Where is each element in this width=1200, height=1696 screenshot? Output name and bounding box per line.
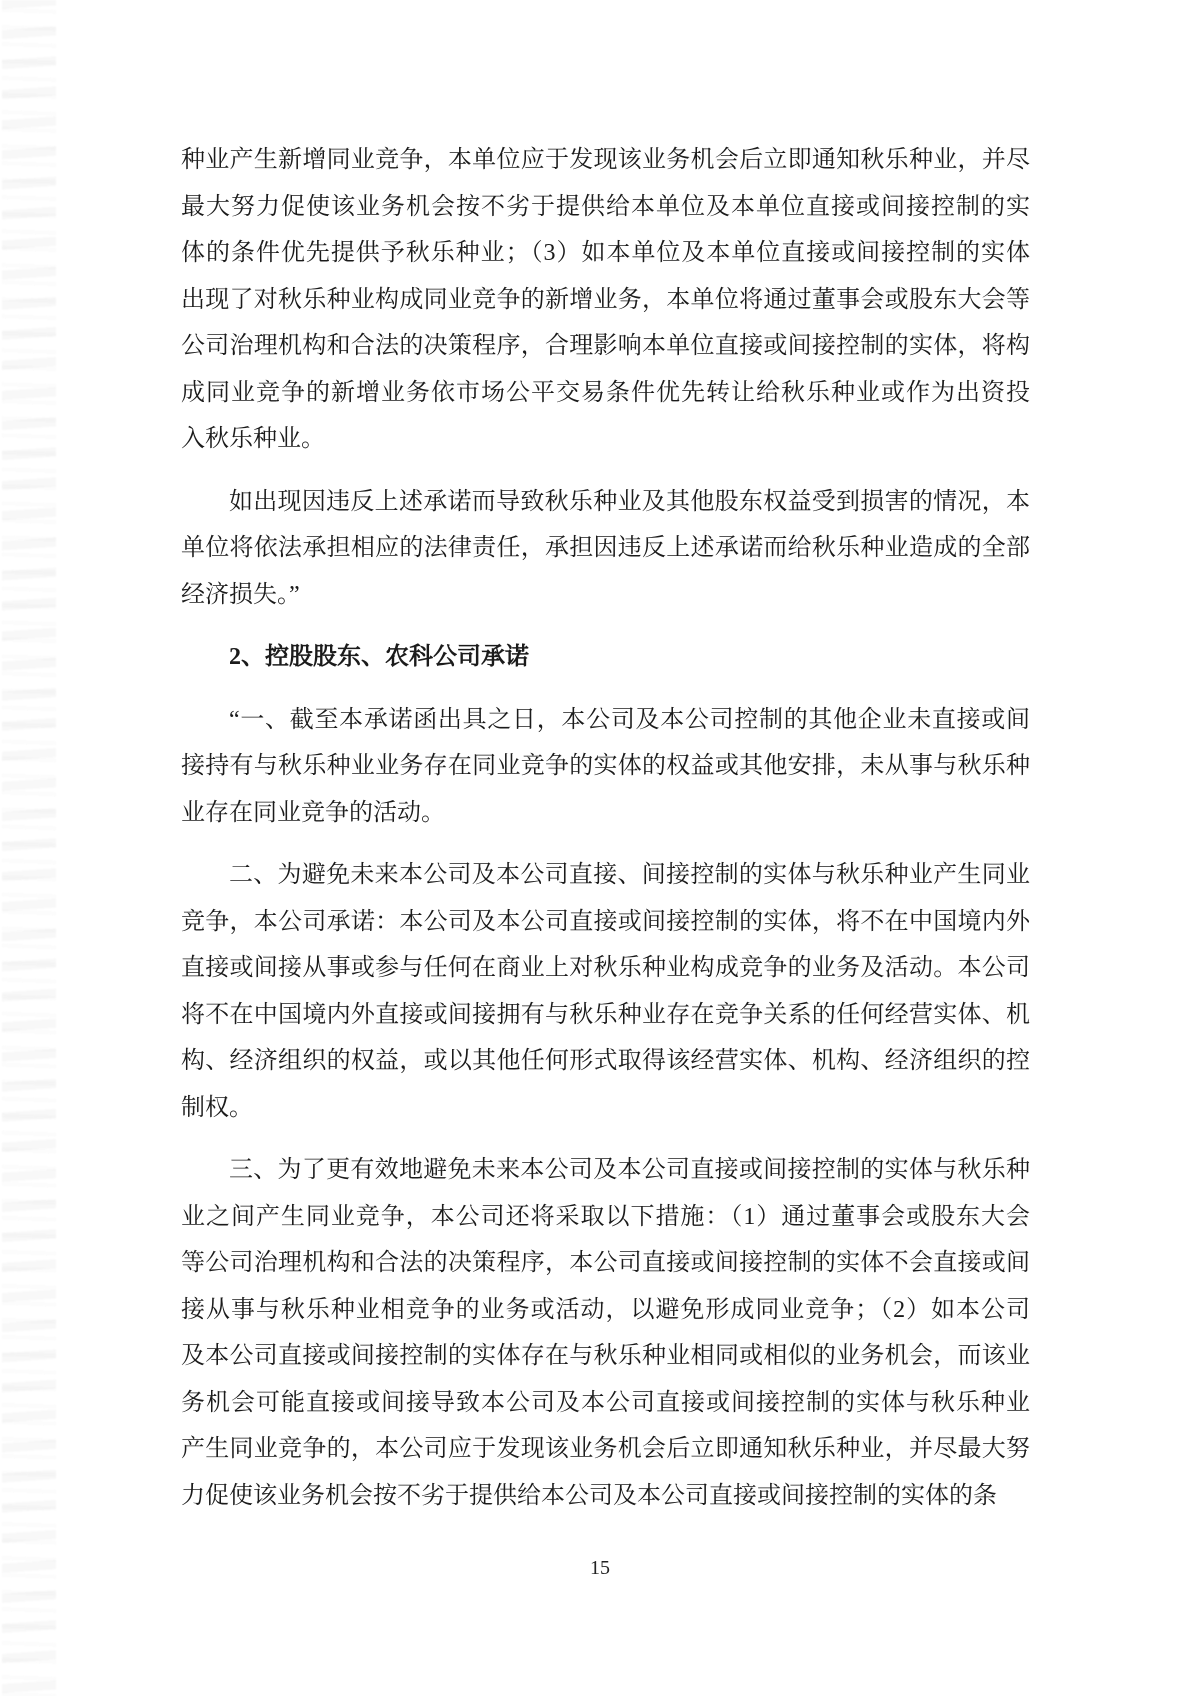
- text-line: “一、截至本承诺函出具之日，本公司及本公司控制的其他企业未直接或间: [181, 697, 1030, 744]
- paragraph-liability-clause: 如出现因违反上述承诺而导致秋乐种业及其他股东权益受到损害的情况，本单位将依法承担…: [181, 479, 1030, 619]
- text-block: 种业产生新增同业竞争，本单位应于发现该业务机会后立即通知秋乐种业，并尽最大努力促…: [181, 137, 1030, 1519]
- text-line: 业之间产生同业竞争，本公司还将采取以下措施：（1）通过董事会或股东大会: [181, 1194, 1030, 1241]
- text-line: 体的条件优先提供予秋乐种业；（3）如本单位及本单位直接或间接控制的实体: [181, 230, 1030, 277]
- text-line: 单位将依法承担相应的法律责任，承担因违反上述承诺而给秋乐种业造成的全部: [181, 525, 1030, 572]
- text-line: 制权。: [181, 1085, 1030, 1132]
- document-page: 种业产生新增同业竞争，本单位应于发现该业务机会后立即通知秋乐种业，并尽最大努力促…: [0, 0, 1200, 1696]
- text-line: 2、控股股东、农科公司承诺: [181, 634, 1030, 681]
- section-heading-controlling-shareholder-commitment: 2、控股股东、农科公司承诺: [181, 634, 1030, 681]
- text-line: 将不在中国境内外直接或间接拥有与秋乐种业存在竞争关系的任何经营实体、机: [181, 992, 1030, 1039]
- text-line: 经济损失。”: [181, 572, 1030, 619]
- paragraph-commitment-item-1: “一、截至本承诺函出具之日，本公司及本公司控制的其他企业未直接或间接持有与秋乐种…: [181, 697, 1030, 837]
- text-line: 最大努力促使该业务机会按不劣于提供给本单位及本单位直接或间接控制的实: [181, 184, 1030, 231]
- text-line: 务机会可能直接或间接导致本公司及本公司直接或间接控制的实体与秋乐种业: [181, 1380, 1030, 1427]
- text-line: 接持有与秋乐种业业务存在同业竞争的实体的权益或其他安排，未从事与秋乐种: [181, 743, 1030, 790]
- text-line: 竞争，本公司承诺：本公司及本公司直接或间接控制的实体，将不在中国境内外: [181, 899, 1030, 946]
- text-line: 成同业竞争的新增业务依市场公平交易条件优先转让给秋乐种业或作为出资投: [181, 370, 1030, 417]
- scan-artifact-strip: [2, 0, 56, 1696]
- text-line: 公司治理机构和合法的决策程序，合理影响本单位直接或间接控制的实体，将构: [181, 323, 1030, 370]
- text-line: 二、为避免未来本公司及本公司直接、间接控制的实体与秋乐种业产生同业: [181, 852, 1030, 899]
- text-line: 产生同业竞争的，本公司应于发现该业务机会后立即通知秋乐种业，并尽最大努: [181, 1426, 1030, 1473]
- paragraph-unit-commitment-continuation: 种业产生新增同业竞争，本单位应于发现该业务机会后立即通知秋乐种业，并尽最大努力促…: [181, 137, 1030, 463]
- text-line: 构、经济组织的权益，或以其他任何形式取得该经营实体、机构、经济组织的控: [181, 1038, 1030, 1085]
- text-line: 种业产生新增同业竞争，本单位应于发现该业务机会后立即通知秋乐种业，并尽: [181, 137, 1030, 184]
- text-line: 及本公司直接或间接控制的实体存在与秋乐种业相同或相似的业务机会，而该业: [181, 1333, 1030, 1380]
- text-line: 直接或间接从事或参与任何在商业上对秋乐种业构成竞争的业务及活动。本公司: [181, 945, 1030, 992]
- text-line: 业存在同业竞争的活动。: [181, 790, 1030, 837]
- text-line: 入秋乐种业。: [181, 416, 1030, 463]
- text-line: 三、为了更有效地避免未来本公司及本公司直接或间接控制的实体与秋乐种: [181, 1147, 1030, 1194]
- paragraph-commitment-item-3: 三、为了更有效地避免未来本公司及本公司直接或间接控制的实体与秋乐种业之间产生同业…: [181, 1147, 1030, 1519]
- paragraph-commitment-item-2: 二、为避免未来本公司及本公司直接、间接控制的实体与秋乐种业产生同业竞争，本公司承…: [181, 852, 1030, 1131]
- text-line: 如出现因违反上述承诺而导致秋乐种业及其他股东权益受到损害的情况，本: [181, 479, 1030, 526]
- text-line: 接从事与秋乐种业相竞争的业务或活动，以避免形成同业竞争；（2）如本公司: [181, 1287, 1030, 1334]
- text-line: 力促使该业务机会按不劣于提供给本公司及本公司直接或间接控制的实体的条: [181, 1473, 1030, 1520]
- page-number: 15: [0, 1556, 1200, 1580]
- text-line: 等公司治理机构和合法的决策程序，本公司直接或间接控制的实体不会直接或间: [181, 1240, 1030, 1287]
- text-line: 出现了对秋乐种业构成同业竞争的新增业务，本单位将通过董事会或股东大会等: [181, 277, 1030, 324]
